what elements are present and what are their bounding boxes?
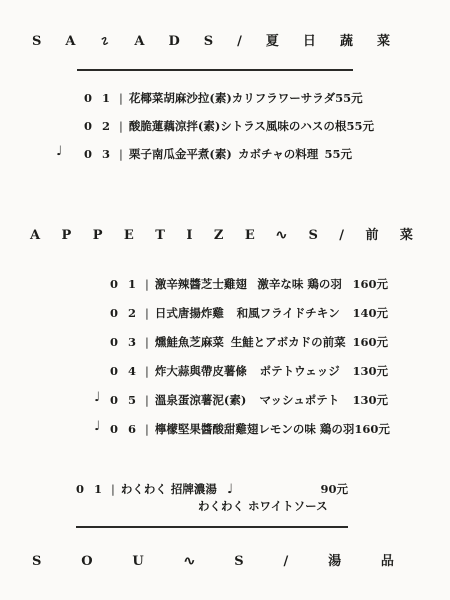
item-price: 90元: [320, 481, 348, 497]
header-letter: I: [186, 228, 192, 243]
item-number: 0 1: [110, 277, 139, 291]
music-note-icon: ♩: [227, 482, 233, 497]
section-header-appetizers: A P P E T I Z E ∿ S / 前 菜: [30, 224, 413, 243]
item-price: 55元: [346, 118, 374, 134]
header-slash: /: [284, 554, 289, 569]
item-separator: |: [111, 482, 115, 496]
header-letter: E: [124, 228, 134, 243]
header-letter: S: [204, 34, 213, 49]
header-letter: A: [65, 34, 75, 49]
header-cjk-char: 蔬: [340, 30, 353, 49]
item-number: 0 2: [84, 119, 113, 133]
section-header-soups: S O U ∿ S / 湯 品: [32, 550, 394, 569]
header-cjk-char: 夏: [266, 30, 279, 49]
item-name-jp: ポテトウェッジ: [260, 363, 340, 379]
item-separator: |: [119, 147, 123, 161]
item-name-jp: 和風フライドチキン: [237, 305, 340, 321]
menu-item-row: 0 1 | 花椰菜胡麻沙拉(素) カリフラワーサラダ 55元: [84, 90, 352, 106]
item-name-zh: 激辛辣醬芝士雞翅: [155, 276, 247, 292]
item-subtitle-jp: わくわく ホワイトソース: [198, 498, 328, 514]
item-name-zh: 栗子南瓜金平煮(素): [129, 146, 232, 162]
item-price: 160元: [352, 276, 388, 292]
menu-item-row: ♩ 0 6 | 檸檬堅果醬酸甜雞翅 レモンの味 鶏の羽 160元: [110, 421, 388, 437]
menu-item-row: ♩ 0 5 | 溫泉蛋涼薯泥(素) マッシュポテト 130元: [110, 392, 388, 408]
item-price: 160元: [354, 421, 390, 437]
item-price: 160元: [352, 334, 388, 350]
item-separator: |: [145, 364, 149, 378]
header-letter: S: [308, 228, 317, 243]
item-number: 0 4: [110, 364, 139, 378]
item-number: 0 5: [110, 393, 139, 407]
item-name-zh: 檸檬堅果醬酸甜雞翅: [155, 421, 259, 437]
item-number: 0 1: [84, 91, 113, 105]
item-name-jp: レモンの味 鶏の羽: [258, 421, 354, 437]
header-cjk-char: 日: [303, 30, 316, 49]
item-separator: |: [145, 393, 149, 407]
menu-item-row: 0 2 | 酸脆蓮藕涼拌(素) シトラス風味のハスの根 55元: [84, 118, 352, 134]
header-letter: T: [155, 228, 165, 243]
item-number: 0 6: [110, 422, 139, 436]
header-cjk-char: 菜: [377, 30, 390, 49]
header-letter: P: [93, 228, 103, 243]
header-letter: U: [132, 554, 143, 569]
item-name-zh: わくわく 招牌濃湯: [121, 481, 217, 497]
header-letter: E: [245, 228, 255, 243]
item-separator: |: [145, 277, 149, 291]
item-name-jp: 激辛な味 鶏の羽: [257, 276, 342, 292]
menu-item-row: 0 1 | わくわく 招牌濃湯 ♩ 90元: [76, 481, 348, 497]
menu-item-row: 0 1 | 激辛辣醬芝士雞翅 激辛な味 鶏の羽 160元: [110, 276, 388, 292]
header-letter: S: [32, 554, 41, 569]
item-name-zh: 日式唐揚炸雞: [155, 305, 224, 321]
item-separator: |: [145, 422, 149, 436]
item-number: 0 2: [110, 306, 139, 320]
header-letter: Z: [214, 228, 224, 243]
item-price: 130元: [352, 363, 388, 379]
header-cjk-char: 前: [365, 224, 378, 243]
item-separator: |: [119, 119, 123, 133]
header-cjk-char: 菜: [400, 224, 413, 243]
music-note-icon: ♩: [94, 419, 100, 434]
item-price: 140元: [352, 305, 388, 321]
menu-item-row: 0 3 | 燻鮭魚芝麻菜 生鮭とアボカドの前菜 160元: [110, 334, 388, 350]
header-letter: S: [32, 34, 41, 49]
stylized-letter-l: ∿: [96, 32, 114, 51]
item-name-jp: シトラス風味のハスの根: [220, 118, 346, 134]
stylized-letter-r: ∿: [275, 228, 288, 243]
divider-soups: [76, 526, 348, 528]
item-name-jp: マッシュポテト: [259, 392, 339, 408]
menu-page: S A ∿ A D S / 夏 日 蔬 菜 0 1 | 花椰菜胡麻沙拉(素) カ…: [0, 0, 450, 600]
section-header-salads: S A ∿ A D S / 夏 日 蔬 菜: [32, 30, 390, 49]
item-number: 0 3: [84, 147, 113, 161]
header-letter: S: [234, 554, 243, 569]
item-separator: |: [119, 91, 123, 105]
divider-salads: [77, 69, 353, 71]
item-separator: |: [145, 306, 149, 320]
item-name-zh: 燻鮭魚芝麻菜: [155, 334, 224, 350]
item-name-zh: 溫泉蛋涼薯泥(素): [155, 392, 246, 408]
item-name-zh: 酸脆蓮藕涼拌(素): [129, 118, 220, 134]
item-price: 55元: [324, 146, 352, 162]
item-name-jp: 生鮭とアボカドの前菜: [231, 334, 346, 350]
menu-item-row: 0 2 | 日式唐揚炸雞 和風フライドチキン 140元: [110, 305, 388, 321]
item-price: 130元: [352, 392, 388, 408]
header-cjk-char: 品: [381, 550, 394, 569]
header-slash: /: [237, 34, 242, 49]
stylized-letter-p: ∿: [182, 554, 195, 569]
music-note-icon: ♩: [94, 390, 100, 405]
item-number: 0 1: [76, 482, 105, 496]
item-price: 55元: [335, 90, 363, 106]
item-name-jp: カボチャの料理: [238, 146, 318, 162]
item-separator: |: [145, 335, 149, 349]
header-letter: O: [81, 554, 92, 569]
menu-item-row: ♩ 0 3 | 栗子南瓜金平煮(素) カボチャの料理 55元: [84, 146, 352, 162]
item-name-zh: 炸大蒜與帶皮薯條: [155, 363, 247, 379]
header-letter: A: [30, 228, 40, 243]
item-number: 0 3: [110, 335, 139, 349]
item-name-zh: 花椰菜胡麻沙拉(素): [129, 90, 232, 106]
item-name-jp: カリフラワーサラダ: [232, 90, 335, 106]
music-note-icon: ♩: [56, 144, 62, 159]
header-slash: /: [339, 228, 344, 243]
menu-item-row: 0 4 | 炸大蒜與帶皮薯條 ポテトウェッジ 130元: [110, 363, 388, 379]
header-letter: D: [168, 34, 179, 49]
header-letter: A: [134, 34, 144, 49]
header-cjk-char: 湯: [328, 550, 341, 569]
header-letter: P: [62, 228, 72, 243]
